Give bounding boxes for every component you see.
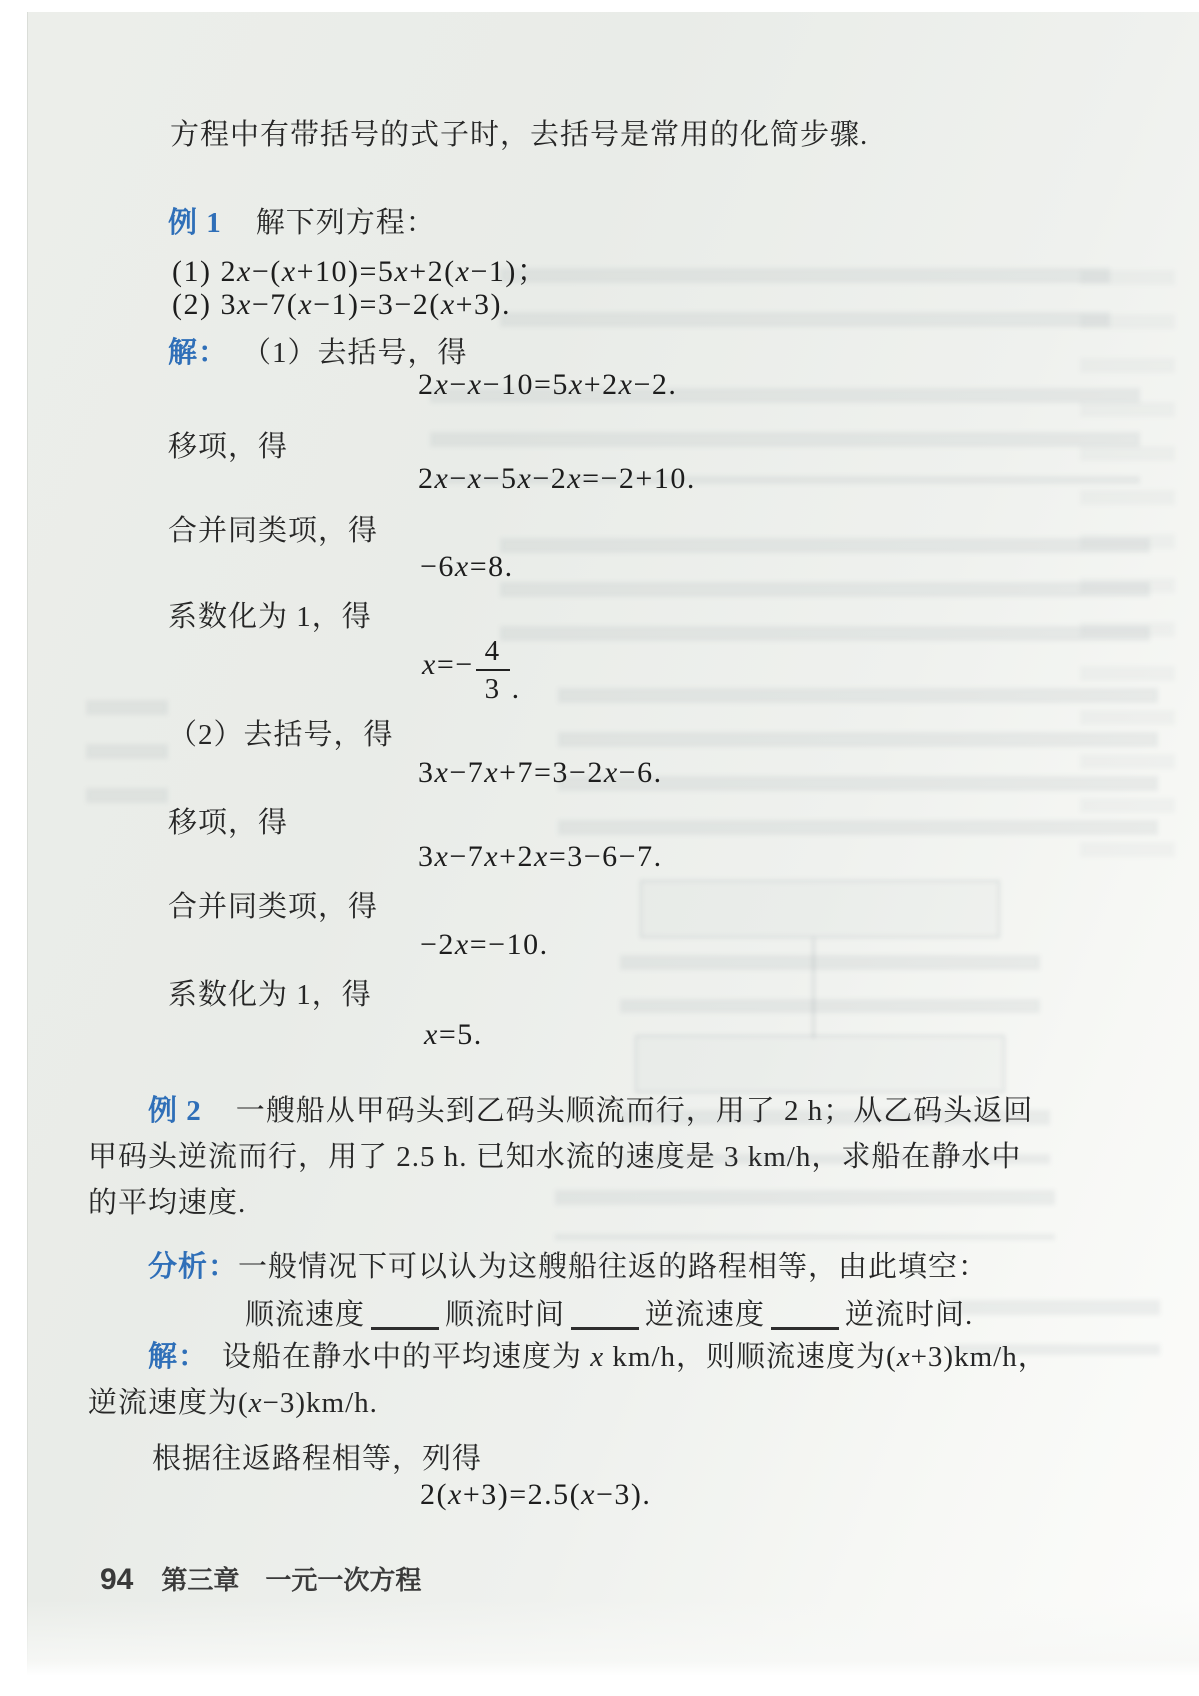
example1-prompt: 解下列方程： [256, 207, 436, 239]
example1-heading: 例 1解下列方程： [168, 200, 436, 246]
solution2-step1-equation: 3x−7x+7=3−2x−6. [418, 756, 663, 790]
solution2-step1-label: （2）去括号，得 [168, 712, 394, 758]
example1-item-1: (1) 2x−(x+10)=5x+2(x−1)； [172, 246, 548, 290]
fill-segment: 顺流速度 [245, 1299, 365, 1331]
equation-suffix: . [512, 672, 521, 705]
fraction: 43 [476, 636, 510, 705]
solution1-step2-equation: 2x−x−5x−2x=−2+10. [418, 462, 696, 496]
solution2-step3-equation: −2x=−10. [420, 928, 549, 962]
example2-label: 例 2 [148, 1095, 202, 1127]
blank-3 [771, 1304, 839, 1330]
solution2-step2-label: 移项，得 [168, 800, 288, 846]
example1-label: 例 1 [168, 207, 222, 239]
solution1-step2-label: 移项，得 [168, 424, 288, 470]
footer-chapter: 第三章 [161, 1566, 239, 1595]
page-number: 94 [100, 1563, 133, 1596]
derivation-lead: 根据往返路程相等，列得 [152, 1436, 482, 1482]
example2-solution: 解：设船在静水中的平均速度为 x km/h，则顺流速度为(x+3)km/h，逆流… [88, 1334, 1050, 1426]
equation-prefix: x=− [422, 648, 474, 681]
solution-label: 解： [148, 1341, 208, 1373]
example2-problem: 例 2一艘船从甲码头到乙码头顺流而行，用了 2 h；从乙码头返回甲码头逆流而行，… [88, 1088, 1046, 1226]
step-label: （1）去括号，得 [242, 337, 468, 369]
solution2-step3-label: 合并同类项，得 [168, 884, 378, 930]
footer-section-title: 一元一次方程 [265, 1566, 421, 1595]
fill-blank-line: 顺流速度顺流时间逆流速度逆流时间. [245, 1292, 973, 1338]
solution2-step2-equation: 3x−7x+2x=3−6−7. [418, 840, 663, 874]
solution1-step1-equation: 2x−x−10=5x+2x−2. [418, 368, 677, 402]
example2-equation: 2(x+3)=2.5(x−3). [420, 1478, 651, 1512]
example2-problem-text: 一艘船从甲码头到乙码头顺流而行，用了 2 h；从乙码头返回甲码头逆流而行，用了 … [88, 1095, 1033, 1219]
fraction-numerator: 4 [476, 636, 510, 671]
fill-segment: 逆流时间. [845, 1299, 973, 1331]
fraction-denominator: 3 [476, 671, 510, 704]
intro-text: 方程中有带括号的式子时，去括号是常用的化简步骤. [170, 119, 868, 151]
page-bottom-fade [27, 1600, 1199, 1676]
solution1-step3-label: 合并同类项，得 [168, 508, 378, 554]
solution1-step4-label: 系数化为 1，得 [168, 594, 372, 640]
analysis-text: 一般情况下可以认为这艘船往返的路程相等，由此填空： [238, 1251, 988, 1283]
analysis-label: 分析： [148, 1251, 238, 1283]
blank-2 [571, 1304, 639, 1330]
solution2-step4-equation: x=5. [424, 1018, 483, 1052]
example2-analysis: 分析：一般情况下可以认为这艘船往返的路程相等，由此填空： [88, 1244, 1046, 1290]
fill-segment: 逆流速度 [645, 1299, 765, 1331]
solution2-step4-label: 系数化为 1，得 [168, 972, 372, 1018]
intro-sentence: 方程中有带括号的式子时，去括号是常用的化简步骤. [170, 112, 868, 158]
example2-solution-text: 设船在静水中的平均速度为 x km/h，则顺流速度为(x+3)km/h，逆流速度… [88, 1341, 1048, 1419]
solution1-step3-equation: −6x=8. [420, 550, 514, 584]
page-footer: 94第三章一元一次方程 [100, 1560, 421, 1597]
blank-1 [371, 1304, 439, 1330]
solution-label: 解： [168, 337, 228, 369]
textbook-page-scan: { "colors": { "accent_blue": "#2f6fb8", … [0, 0, 1199, 1696]
fill-segment: 顺流时间 [445, 1299, 565, 1331]
example1-item-2: (2) 3x−7(x−1)=3−2(x+3). [172, 288, 511, 322]
solution1-step4-equation: x=−43. [422, 636, 521, 706]
